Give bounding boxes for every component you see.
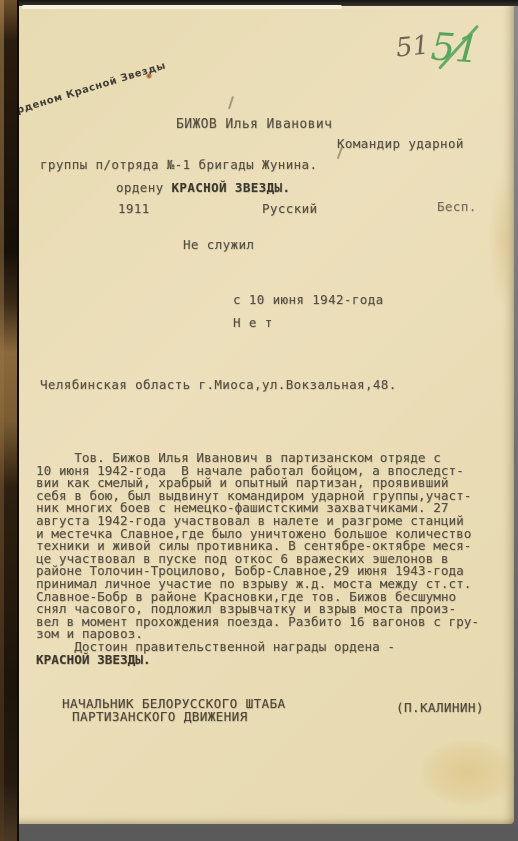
- signer-title-line2: ПАРТИЗАНСКОГО ДВИЖЕНИЯ: [72, 710, 248, 723]
- award-name: КРАСНОЙ ЗВЕЗДЫ.: [171, 180, 290, 195]
- in-partisans-since: с 10 июня 1942-года: [233, 292, 384, 307]
- birth-year: 1911: [118, 201, 150, 216]
- page-top-edge: [22, 5, 342, 9]
- military-service: Не служил: [183, 237, 254, 252]
- page-number-green: 51: [430, 24, 481, 71]
- conclusion-award-name: КРАСНОЙ ЗВЕЗДЫ.: [36, 654, 151, 667]
- party-status: Бесп.: [437, 199, 477, 214]
- page-number-pencil: 51: [395, 30, 431, 63]
- signer-name: (П.КАЛИНИН): [396, 701, 484, 714]
- position-line-right: Командир ударной: [337, 136, 464, 151]
- scanned-document: 51 51 Орденом Красной Звезды БИЖОВ Илья …: [0, 0, 518, 841]
- book-binding-highlight: [0, 0, 4, 841]
- wounds-field: Н е т: [233, 315, 273, 330]
- citation-paragraph: Тов. Бижов Илья Иванович в партизанском …: [36, 452, 479, 654]
- nationality: Русский: [262, 201, 317, 216]
- award-line: ордену КРАСНОЙ ЗВЕЗДЫ.: [116, 180, 290, 195]
- position-line-left: группы п/отряда №-1 бригады Жунина.: [40, 157, 317, 172]
- home-address: Челябинская область г.Миоса,ул.Вокзальна…: [40, 377, 397, 392]
- awardee-name: БИЖОВ Илья Иванович: [176, 117, 332, 132]
- award-prefix: ордену: [116, 180, 171, 195]
